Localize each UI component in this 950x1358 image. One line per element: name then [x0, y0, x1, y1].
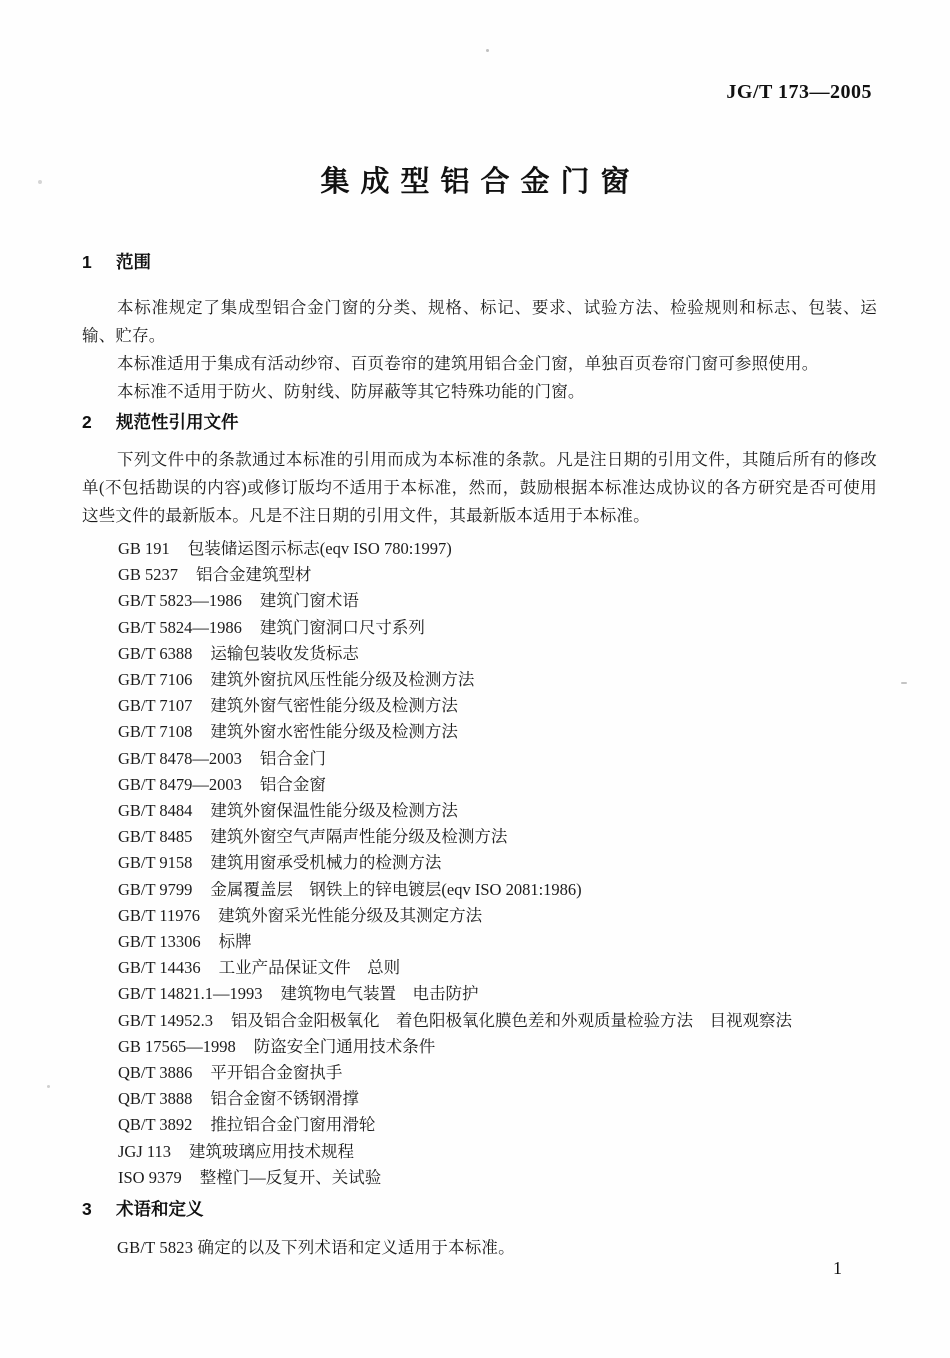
reference-code: GB/T 13306: [118, 932, 201, 951]
reference-code: GB/T 14952.3: [118, 1011, 213, 1030]
reference-item: GB 17565—1998防盗安全门通用技术条件: [118, 1034, 877, 1060]
reference-title: 建筑外窗水密性能分级及检测方法: [210, 722, 458, 741]
reference-item: QB/T 3888铝合金窗不锈钢滑撑: [118, 1086, 877, 1112]
reference-item: GB/T 14952.3铝及铝合金阳极氧化 着色阳极氧化膜色差和外观质量检验方法…: [118, 1008, 877, 1034]
page-number: 1: [833, 1258, 842, 1279]
reference-item: GB/T 7107建筑外窗气密性能分级及检测方法: [118, 693, 877, 719]
reference-code: GB/T 8484: [118, 801, 192, 820]
reference-item: GB/T 7108建筑外窗水密性能分级及检测方法: [118, 719, 877, 745]
reference-item: GB/T 14821.1—1993建筑物电气装置 电击防护: [118, 981, 877, 1007]
scan-artifact: [901, 682, 907, 684]
reference-item: GB/T 14436工业产品保证文件 总则: [118, 955, 877, 981]
section-3-heading: 3 术语和定义: [82, 1197, 877, 1221]
reference-title: 建筑外窗空气声隔声性能分级及检测方法: [210, 827, 507, 846]
reference-code: GB/T 5823—1986: [118, 591, 242, 610]
reference-code: QB/T 3892: [118, 1115, 192, 1134]
reference-item: QB/T 3892推拉铝合金门窗用滑轮: [118, 1112, 877, 1138]
reference-title: 工业产品保证文件 总则: [219, 958, 401, 977]
reference-code: GB/T 14436: [118, 958, 201, 977]
reference-code: QB/T 3886: [118, 1063, 192, 1082]
reference-item: GB/T 6388运输包装收发货标志: [118, 641, 877, 667]
section-number: 3: [82, 1197, 116, 1221]
reference-code: GB/T 8485: [118, 827, 192, 846]
scan-artifact: [47, 1085, 50, 1088]
reference-code: GB/T 7108: [118, 722, 192, 741]
reference-code: GB/T 9799: [118, 880, 192, 899]
document-body: 1 范围 本标准规定了集成型铝合金门窗的分类、规格、标记、要求、试验方法、检验规…: [0, 250, 950, 1262]
reference-item: GB/T 8479—2003铝合金窗: [118, 772, 877, 798]
reference-title: 建筑外窗气密性能分级及检测方法: [210, 696, 458, 715]
scan-artifact: [38, 180, 42, 184]
reference-item: GB 191包装储运图示标志(eqv ISO 780:1997): [118, 536, 877, 562]
section-title: 范围: [116, 250, 151, 274]
reference-title: 建筑外窗保温性能分级及检测方法: [210, 801, 458, 820]
document-page: JG/T 173—2005 集成型铝合金门窗 1 范围 本标准规定了集成型铝合金…: [0, 0, 950, 1358]
reference-title: 铝及铝合金阳极氧化 着色阳极氧化膜色差和外观质量检验方法 目视观察法: [231, 1011, 792, 1030]
reference-title: 推拉铝合金门窗用滑轮: [210, 1115, 375, 1134]
reference-title: 建筑玻璃应用技术规程: [189, 1142, 354, 1161]
reference-title: 防盗安全门通用技术条件: [254, 1037, 436, 1056]
section-1-heading: 1 范围: [82, 250, 877, 274]
reference-title: 建筑门窗术语: [260, 591, 359, 610]
reference-title: 铝合金窗不锈钢滑撑: [210, 1089, 359, 1108]
reference-item: GB/T 8478—2003铝合金门: [118, 746, 877, 772]
reference-title: 平开铝合金窗执手: [210, 1063, 342, 1082]
section-title: 规范性引用文件: [116, 410, 239, 434]
paragraph: 本标准不适用于防火、防射线、防屏蔽等其它特殊功能的门窗。: [82, 378, 877, 406]
reference-code: GB/T 11976: [118, 906, 200, 925]
reference-code: GB/T 6388: [118, 644, 192, 663]
section-title: 术语和定义: [116, 1197, 204, 1221]
reference-code: ISO 9379: [118, 1168, 182, 1187]
reference-code: QB/T 3888: [118, 1089, 192, 1108]
reference-item: GB/T 9158建筑用窗承受机械力的检测方法: [118, 850, 877, 876]
reference-title: 包装储运图示标志(eqv ISO 780:1997): [188, 539, 452, 558]
normative-references-list: GB 191包装储运图示标志(eqv ISO 780:1997) GB 5237…: [82, 536, 877, 1191]
reference-title: 金属覆盖层 钢铁上的锌电镀层(eqv ISO 2081:1986): [210, 880, 581, 899]
paragraph: 下列文件中的条款通过本标准的引用而成为本标准的条款。凡是注日期的引用文件，其随后…: [82, 446, 877, 530]
reference-code: GB/T 9158: [118, 853, 192, 872]
paragraph: 本标准规定了集成型铝合金门窗的分类、规格、标记、要求、试验方法、检验规则和标志、…: [82, 294, 877, 350]
section-number: 2: [82, 410, 116, 434]
paragraph: GB/T 5823 确定的以及下列术语和定义适用于本标准。: [82, 1234, 877, 1262]
section-2-heading: 2 规范性引用文件: [82, 410, 877, 434]
reference-title: 运输包装收发货标志: [210, 644, 359, 663]
reference-item: GB/T 8484建筑外窗保温性能分级及检测方法: [118, 798, 877, 824]
reference-item: GB/T 7106建筑外窗抗风压性能分级及检测方法: [118, 667, 877, 693]
reference-code: GB 17565—1998: [118, 1037, 236, 1056]
section-number: 1: [82, 250, 116, 274]
reference-title: 标牌: [219, 932, 252, 951]
reference-code: GB/T 5824—1986: [118, 618, 242, 637]
reference-title: 建筑外窗采光性能分级及其测定方法: [218, 906, 482, 925]
reference-title: 铝合金建筑型材: [196, 565, 312, 584]
reference-item: GB/T 8485建筑外窗空气声隔声性能分级及检测方法: [118, 824, 877, 850]
paragraph: 本标准适用于集成有活动纱帘、百页卷帘的建筑用铝合金门窗，单独百页卷帘门窗可参照使…: [82, 350, 877, 378]
reference-title: 建筑门窗洞口尺寸系列: [260, 618, 425, 637]
reference-code: JGJ 113: [118, 1142, 171, 1161]
reference-title: 建筑用窗承受机械力的检测方法: [210, 853, 441, 872]
reference-title: 整樘门—反复开、关试验: [200, 1168, 382, 1187]
reference-item: GB/T 5823—1986建筑门窗术语: [118, 588, 877, 614]
reference-title: 铝合金门: [260, 749, 326, 768]
standard-code: JG/T 173—2005: [726, 81, 872, 104]
reference-item: GB 5237铝合金建筑型材: [118, 562, 877, 588]
reference-item: GB/T 13306标牌: [118, 929, 877, 955]
reference-title: 铝合金窗: [260, 775, 326, 794]
reference-item: GB/T 9799金属覆盖层 钢铁上的锌电镀层(eqv ISO 2081:198…: [118, 877, 877, 903]
reference-code: GB 191: [118, 539, 170, 558]
reference-item: ISO 9379整樘门—反复开、关试验: [118, 1165, 877, 1191]
reference-title: 建筑外窗抗风压性能分级及检测方法: [210, 670, 474, 689]
reference-item: JGJ 113建筑玻璃应用技术规程: [118, 1139, 877, 1165]
reference-title: 建筑物电气装置 电击防护: [281, 984, 479, 1003]
reference-code: GB/T 7106: [118, 670, 192, 689]
reference-item: GB/T 11976建筑外窗采光性能分级及其测定方法: [118, 903, 877, 929]
scan-artifact: [486, 49, 489, 52]
reference-item: QB/T 3886平开铝合金窗执手: [118, 1060, 877, 1086]
reference-item: GB/T 5824—1986建筑门窗洞口尺寸系列: [118, 615, 877, 641]
reference-code: GB/T 8478—2003: [118, 749, 242, 768]
reference-code: GB 5237: [118, 565, 178, 584]
reference-code: GB/T 7107: [118, 696, 192, 715]
reference-code: GB/T 14821.1—1993: [118, 984, 263, 1003]
reference-code: GB/T 8479—2003: [118, 775, 242, 794]
